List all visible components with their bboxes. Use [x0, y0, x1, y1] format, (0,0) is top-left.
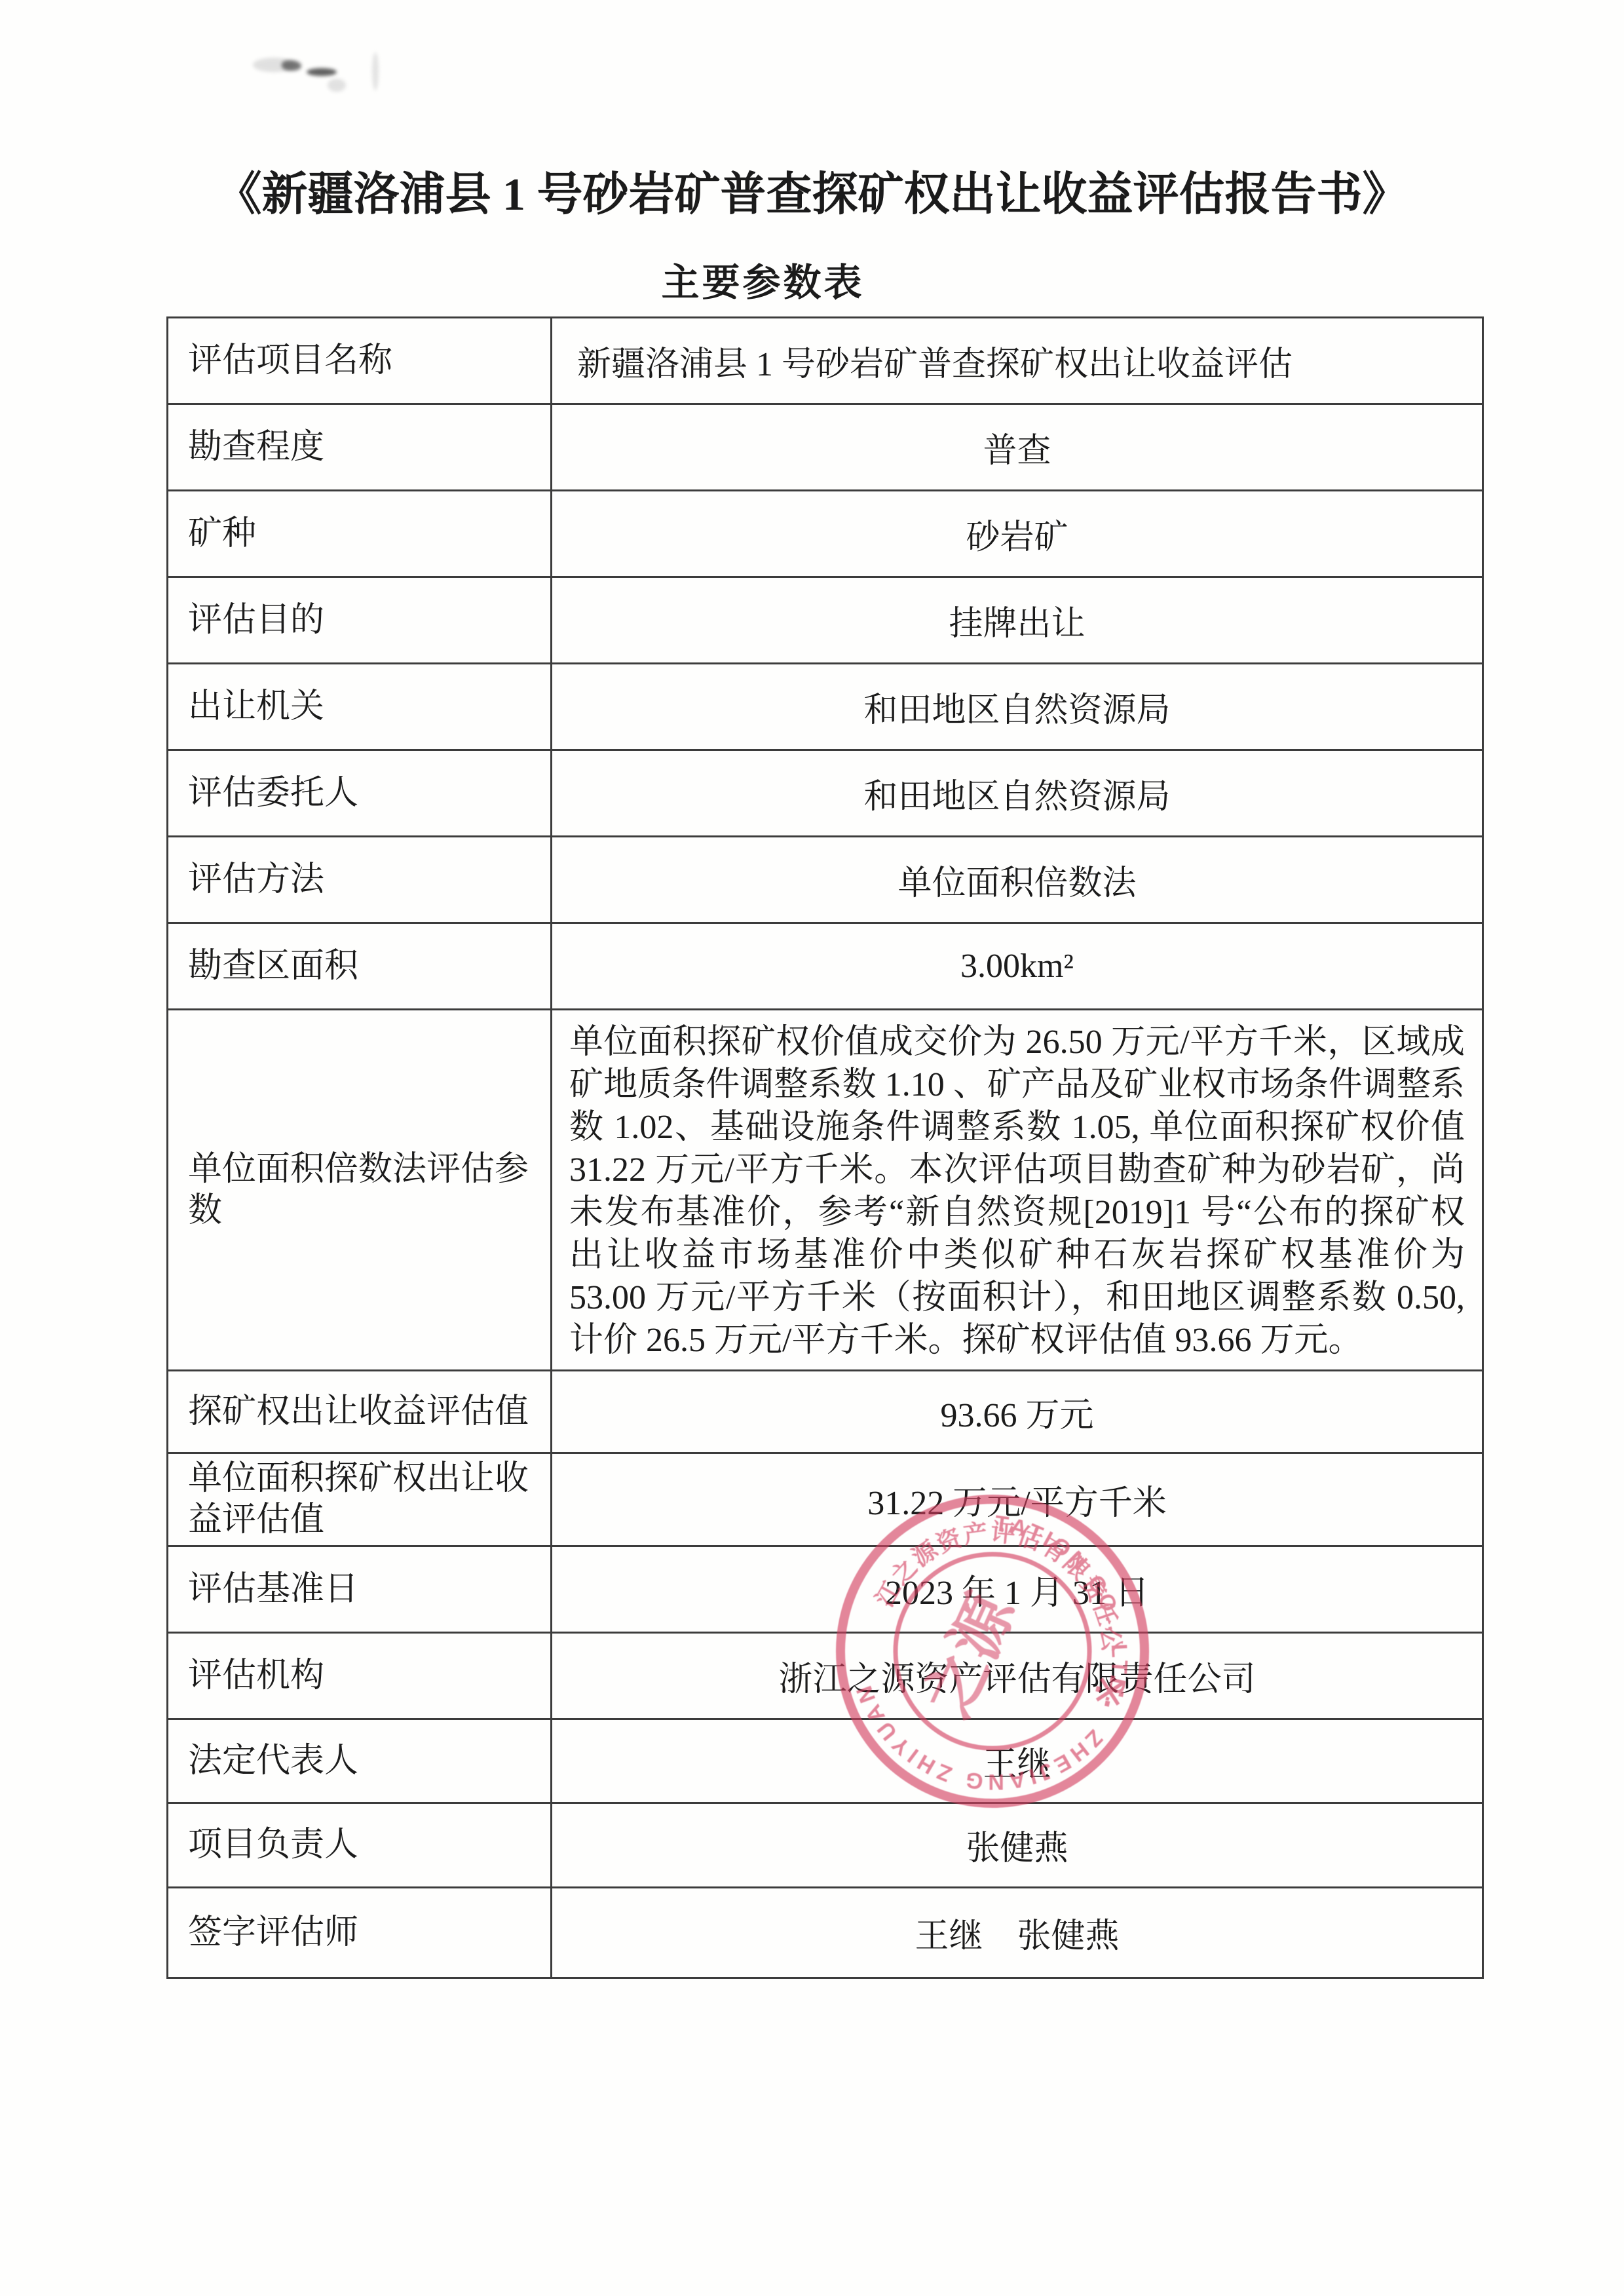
row-value-cell: 王继 [552, 1719, 1483, 1803]
document-title: 《新疆洛浦县 1 号砂岩矿普查探矿权出让收益评估报告书》 [0, 157, 1624, 223]
row-value-cell: 普查 [552, 404, 1483, 491]
table-row: 单位面积探矿权出让收益评估值31.22 万元/平方千米 [168, 1453, 1483, 1546]
row-label-cell: 评估方法 [168, 837, 552, 923]
row-label-cell: 单位面积探矿权出让收益评估值 [168, 1453, 552, 1546]
row-value-cell: 砂岩矿 [552, 491, 1483, 577]
table-row: 法定代表人王继 [168, 1719, 1483, 1803]
parameter-table: 评估项目名称新疆洛浦县 1 号砂岩矿普查探矿权出让收益评估勘查程度普查矿种砂岩矿… [166, 316, 1484, 1979]
row-value-cell: 93.66 万元 [552, 1371, 1483, 1453]
row-label-cell: 评估项目名称 [168, 318, 552, 404]
row-value-cell: 张健燕 [552, 1803, 1483, 1887]
row-label-cell: 出让机关 [168, 664, 552, 750]
table-row: 勘查程度普查 [168, 404, 1483, 491]
table-row: 评估委托人和田地区自然资源局 [168, 750, 1483, 837]
row-label-cell: 勘查程度 [168, 404, 552, 491]
table-row: 评估基准日2023 年 1 月 31 日 [168, 1546, 1483, 1632]
table-row: 评估方法单位面积倍数法 [168, 837, 1483, 923]
row-value-cell: 2023 年 1 月 31 日 [552, 1546, 1483, 1632]
row-value-cell: 挂牌出让 [552, 577, 1483, 664]
scan-artifact [307, 68, 337, 76]
row-value-cell: 王继 张健燕 [552, 1887, 1483, 1978]
row-label-cell: 探矿权出让收益评估值 [168, 1371, 552, 1453]
row-value-cell: 3.00km² [552, 923, 1483, 1010]
scan-artifact [282, 60, 301, 71]
table-row: 勘查区面积3.00km² [168, 923, 1483, 1010]
row-value-cell: 新疆洛浦县 1 号砂岩矿普查探矿权出让收益评估 [552, 318, 1483, 404]
row-value-cell: 单位面积倍数法 [552, 837, 1483, 923]
row-value-cell: 31.22 万元/平方千米 [552, 1453, 1483, 1546]
row-value-cell: 和田地区自然资源局 [552, 664, 1483, 750]
row-label-cell: 评估机构 [168, 1632, 552, 1719]
row-label-cell: 法定代表人 [168, 1719, 552, 1803]
table-row: 单位面积倍数法评估参数单位面积探矿权价值成交价为 26.50 万元/平方千米，区… [168, 1010, 1483, 1371]
table-row: 签字评估师王继 张健燕 [168, 1887, 1483, 1978]
row-label-cell: 签字评估师 [168, 1887, 552, 1978]
row-value-cell: 浙江之源资产评估有限责任公司 [552, 1632, 1483, 1719]
row-label-cell: 矿种 [168, 491, 552, 577]
document-subtitle: 主要参数表 [0, 252, 1575, 307]
table-row: 项目负责人张健燕 [168, 1803, 1483, 1887]
row-label-cell: 勘查区面积 [168, 923, 552, 1010]
row-label-cell: 评估目的 [168, 577, 552, 664]
row-label-cell: 项目负责人 [168, 1803, 552, 1887]
scan-artifact [328, 79, 346, 92]
table-row: 评估机构浙江之源资产评估有限责任公司 [168, 1632, 1483, 1719]
row-label-cell: 单位面积倍数法评估参数 [168, 1010, 552, 1371]
row-label-cell: 评估基准日 [168, 1546, 552, 1632]
table-row: 评估目的挂牌出让 [168, 577, 1483, 664]
table-row: 出让机关和田地区自然资源局 [168, 664, 1483, 750]
row-value-cell: 单位面积探矿权价值成交价为 26.50 万元/平方千米，区域成矿地质条件调整系数… [552, 1010, 1483, 1371]
scanned-document-page: 《新疆洛浦县 1 号砂岩矿普查探矿权出让收益评估报告书》 主要参数表 评估项目名… [0, 0, 1624, 2296]
row-label-cell: 评估委托人 [168, 750, 552, 837]
table-row: 探矿权出让收益评估值93.66 万元 [168, 1371, 1483, 1453]
table-row: 评估项目名称新疆洛浦县 1 号砂岩矿普查探矿权出让收益评估 [168, 318, 1483, 404]
row-value-cell: 和田地区自然资源局 [552, 750, 1483, 837]
table-row: 矿种砂岩矿 [168, 491, 1483, 577]
scan-artifact [372, 52, 379, 90]
